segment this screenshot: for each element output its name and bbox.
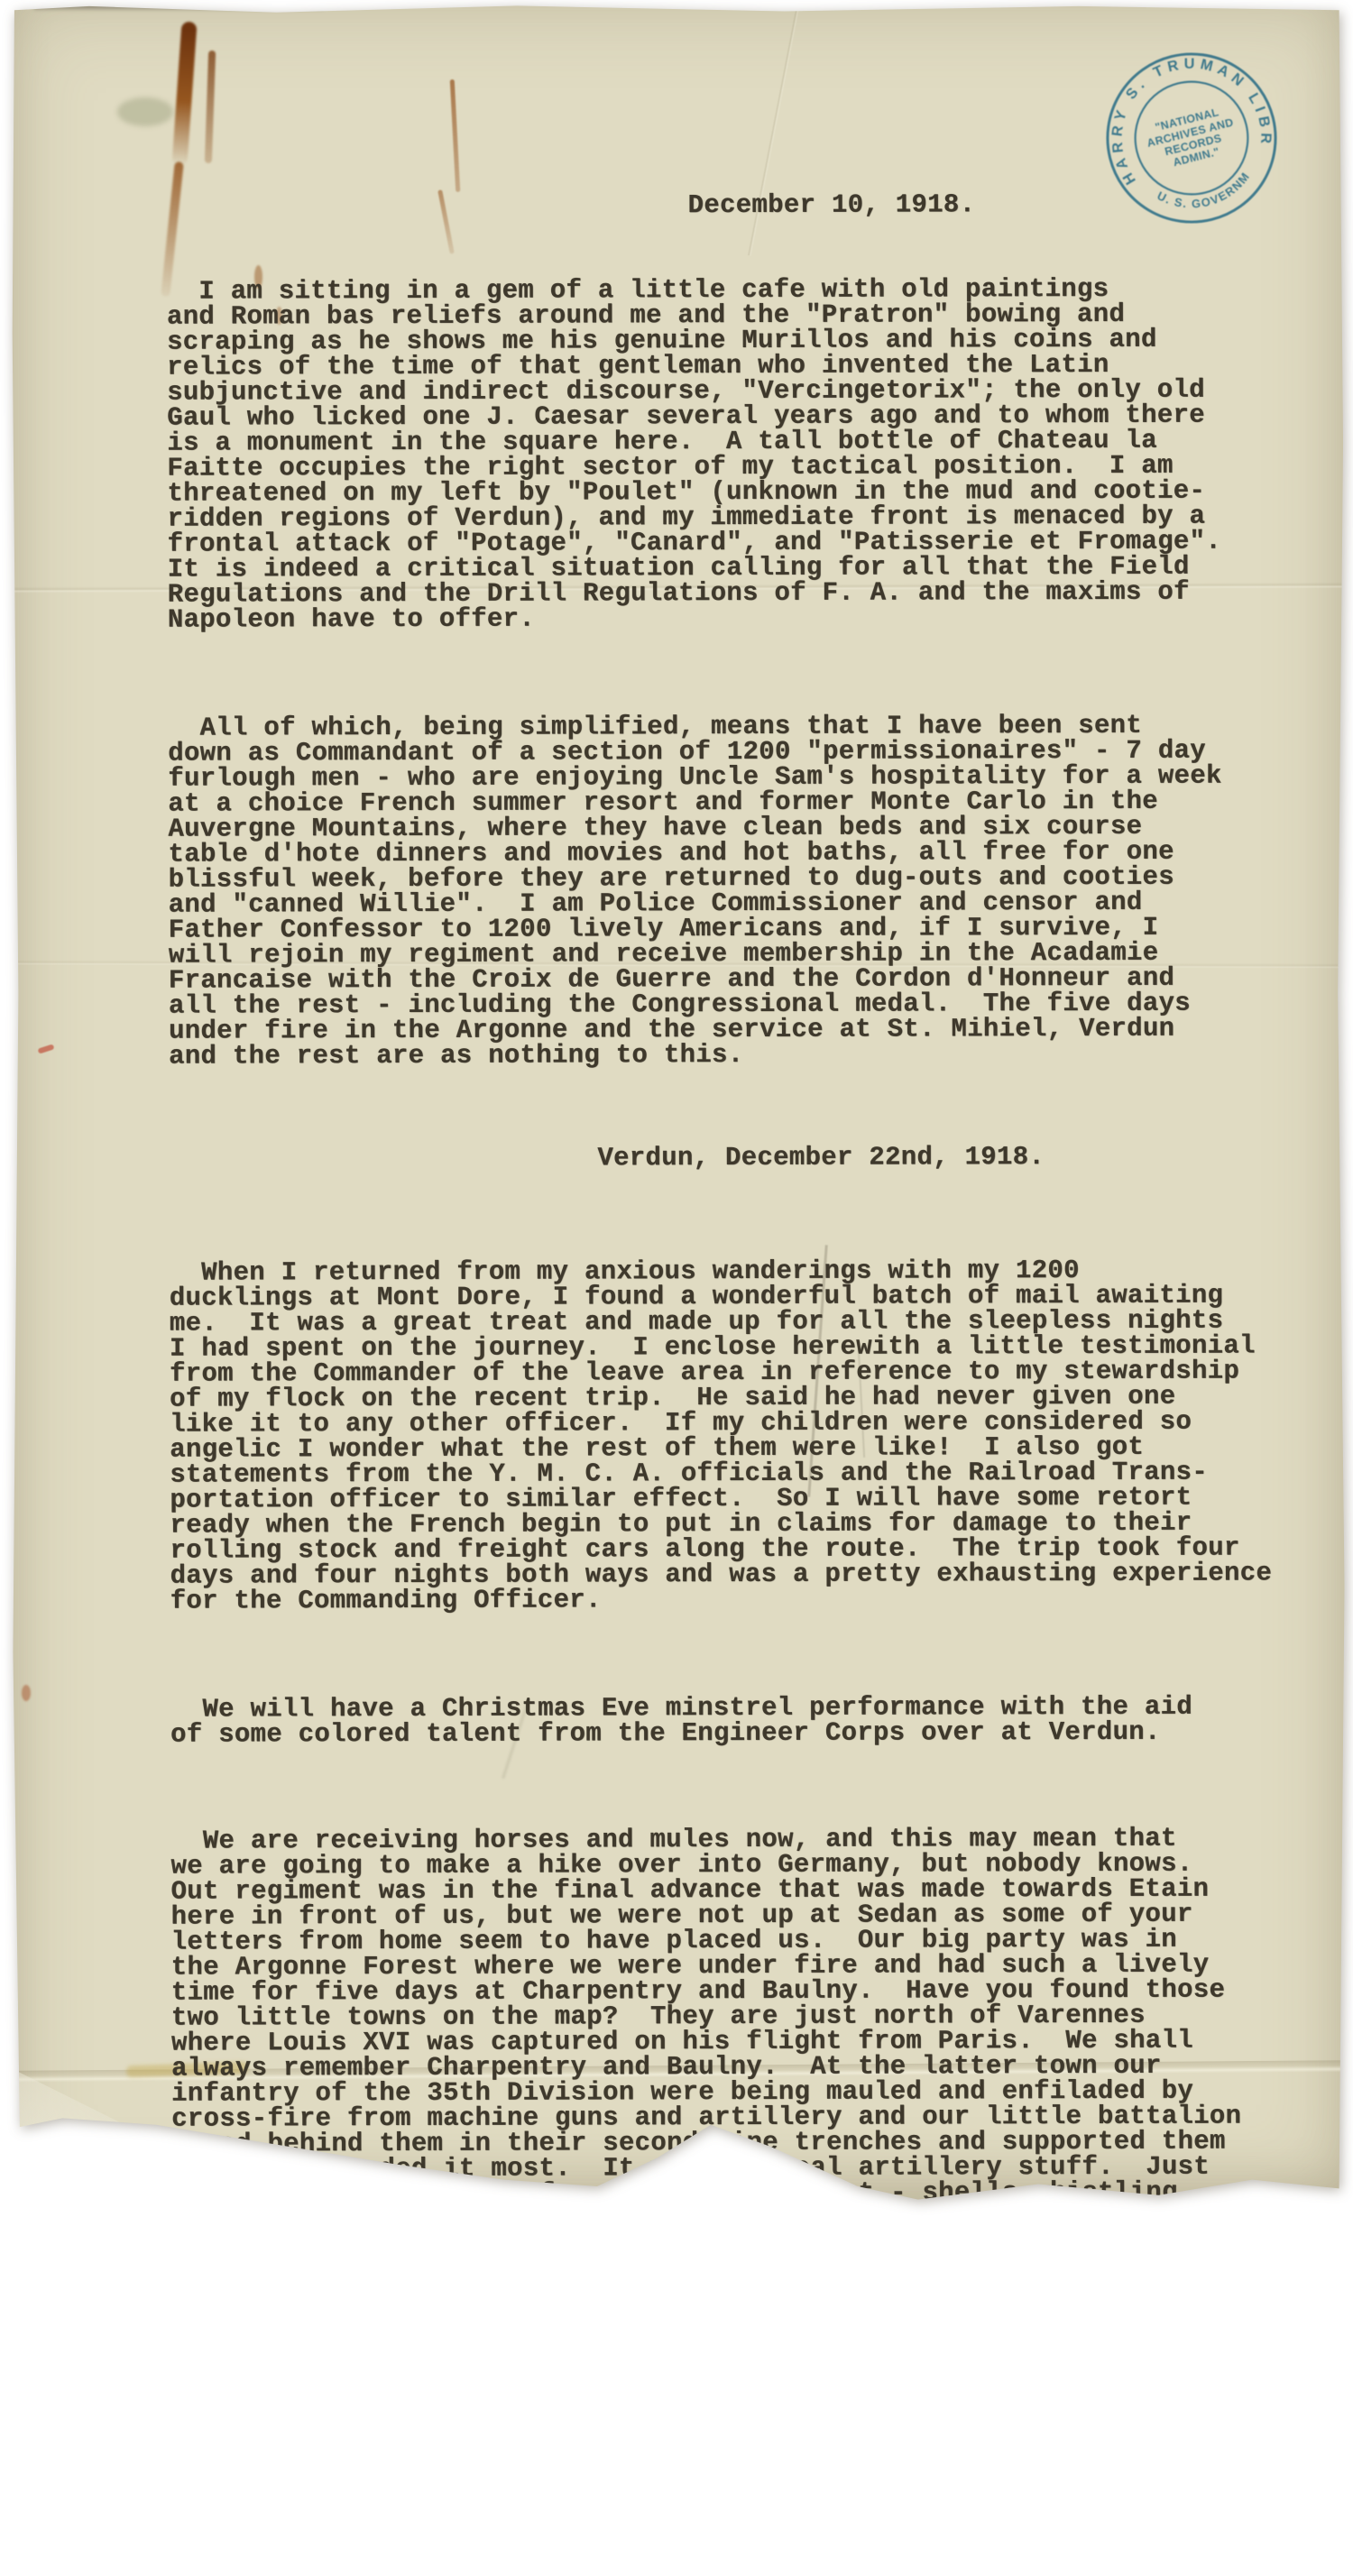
letter-body: December 10, 1918. I am sitting in a gem… bbox=[166, 141, 1316, 2202]
rust-stain bbox=[22, 1685, 31, 1701]
letter-paragraph-4: We will have a Christmas Eve minstrel pe… bbox=[170, 1694, 1314, 1747]
letter-paragraph-5-above-fold: We are receiving horses and mules now, a… bbox=[170, 1826, 1315, 2202]
scanner-edge-shadow bbox=[34, 4, 323, 9]
date-heading-2: Verdun, December 22nd, 1918. bbox=[597, 1144, 1312, 1171]
rust-stain bbox=[38, 1044, 55, 1053]
letter-paragraph-2: All of which, being simplified, means th… bbox=[168, 713, 1312, 1069]
letter-page: HARRY S. TRUMAN LIBRARY U. S. GOVERNMENT… bbox=[9, 4, 1346, 2202]
scanned-letter: HARRY S. TRUMAN LIBRARY U. S. GOVERNMENT… bbox=[0, 0, 1353, 2202]
letter-paragraph-3: When I returned from my anxious wanderin… bbox=[170, 1257, 1314, 1614]
letter-paragraph-1: I am sitting in a gem of a little cafe w… bbox=[167, 276, 1312, 632]
date-heading-1: December 10, 1918. bbox=[688, 191, 1311, 218]
ink-smudge bbox=[117, 97, 173, 126]
